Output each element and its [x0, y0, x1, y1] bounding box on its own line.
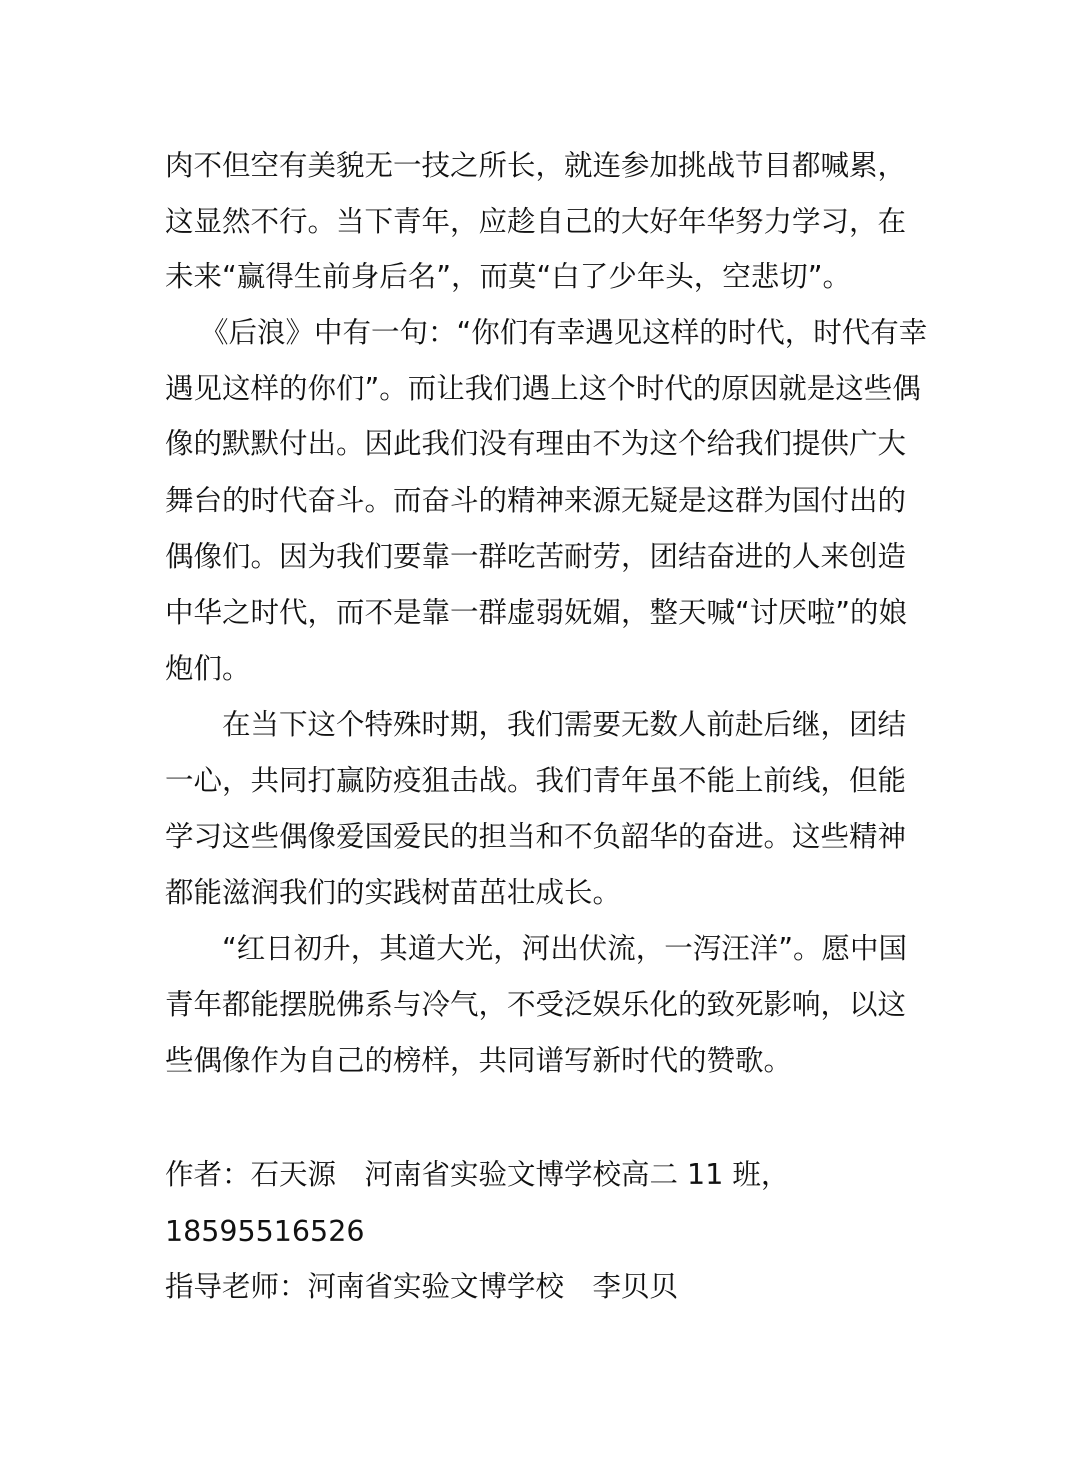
paragraph-line: 偶像们。因为我们要靠一群吃苦耐劳，团结奋进的人来创造 [165, 537, 925, 577]
advisor-line: 指导老师：河南省实验文博学校 李贝贝 [165, 1267, 925, 1307]
paragraph-line: 像的默默付出。因此我们没有理由不为这个给我们提供广大 [165, 424, 925, 464]
author-line: 作者：石天源 河南省实验文博学校高二 11 班， [165, 1155, 925, 1195]
paragraph-line: 学习这些偶像爱国爱民的担当和不负韶华的奋进。这些精神 [165, 817, 925, 857]
paragraph-line: 青年都能摆脱佛系与冷气，不受泛娱乐化的致死影响，以这 [165, 985, 925, 1025]
paragraph-line: 肉不但空有美貌无一技之所长，就连参加挑战节目都喊累， [165, 146, 925, 186]
paragraph-line: 炮们。 [165, 649, 925, 689]
paragraph-first-line: “红日初升，其道大光，河出伏流，一泻汪洋”。愿中国 [222, 929, 982, 969]
document-page: 肉不但空有美貌无一技之所长，就连参加挑战节目都喊累， 这显然不行。当下青年，应趁… [0, 0, 1080, 1461]
paragraph-line: 都能滋润我们的实践树苗茁壮成长。 [165, 873, 925, 913]
paragraph-line: 些偶像作为自己的榜样，共同谱写新时代的赞歌。 [165, 1041, 925, 1081]
paragraph-line: 中华之时代，而不是靠一群虚弱妩媚，整天喊“讨厌啦”的娘 [165, 593, 925, 633]
paragraph-line: 舞台的时代奋斗。而奋斗的精神来源无疑是这群为国付出的 [165, 481, 925, 521]
paragraph-first-line: 《后浪》中有一句：“你们有幸遇见这样的时代，时代有幸 [200, 313, 960, 353]
paragraph-line: 这显然不行。当下青年，应趁自己的大好年华努力学习，在 [165, 202, 925, 242]
paragraph-line: 未来“赢得生前身后名”，而莫“白了少年头，空悲切”。 [165, 257, 925, 297]
paragraph-first-line: 在当下这个特殊时期，我们需要无数人前赴后继，团结 [222, 705, 982, 745]
paragraph-line: 一心，共同打赢防疫狙击战。我们青年虽不能上前线，但能 [165, 761, 925, 801]
paragraph-line: 遇见这样的你们”。而让我们遇上这个时代的原因就是这些偶 [165, 369, 925, 409]
author-phone: 18595516526 [165, 1212, 925, 1252]
